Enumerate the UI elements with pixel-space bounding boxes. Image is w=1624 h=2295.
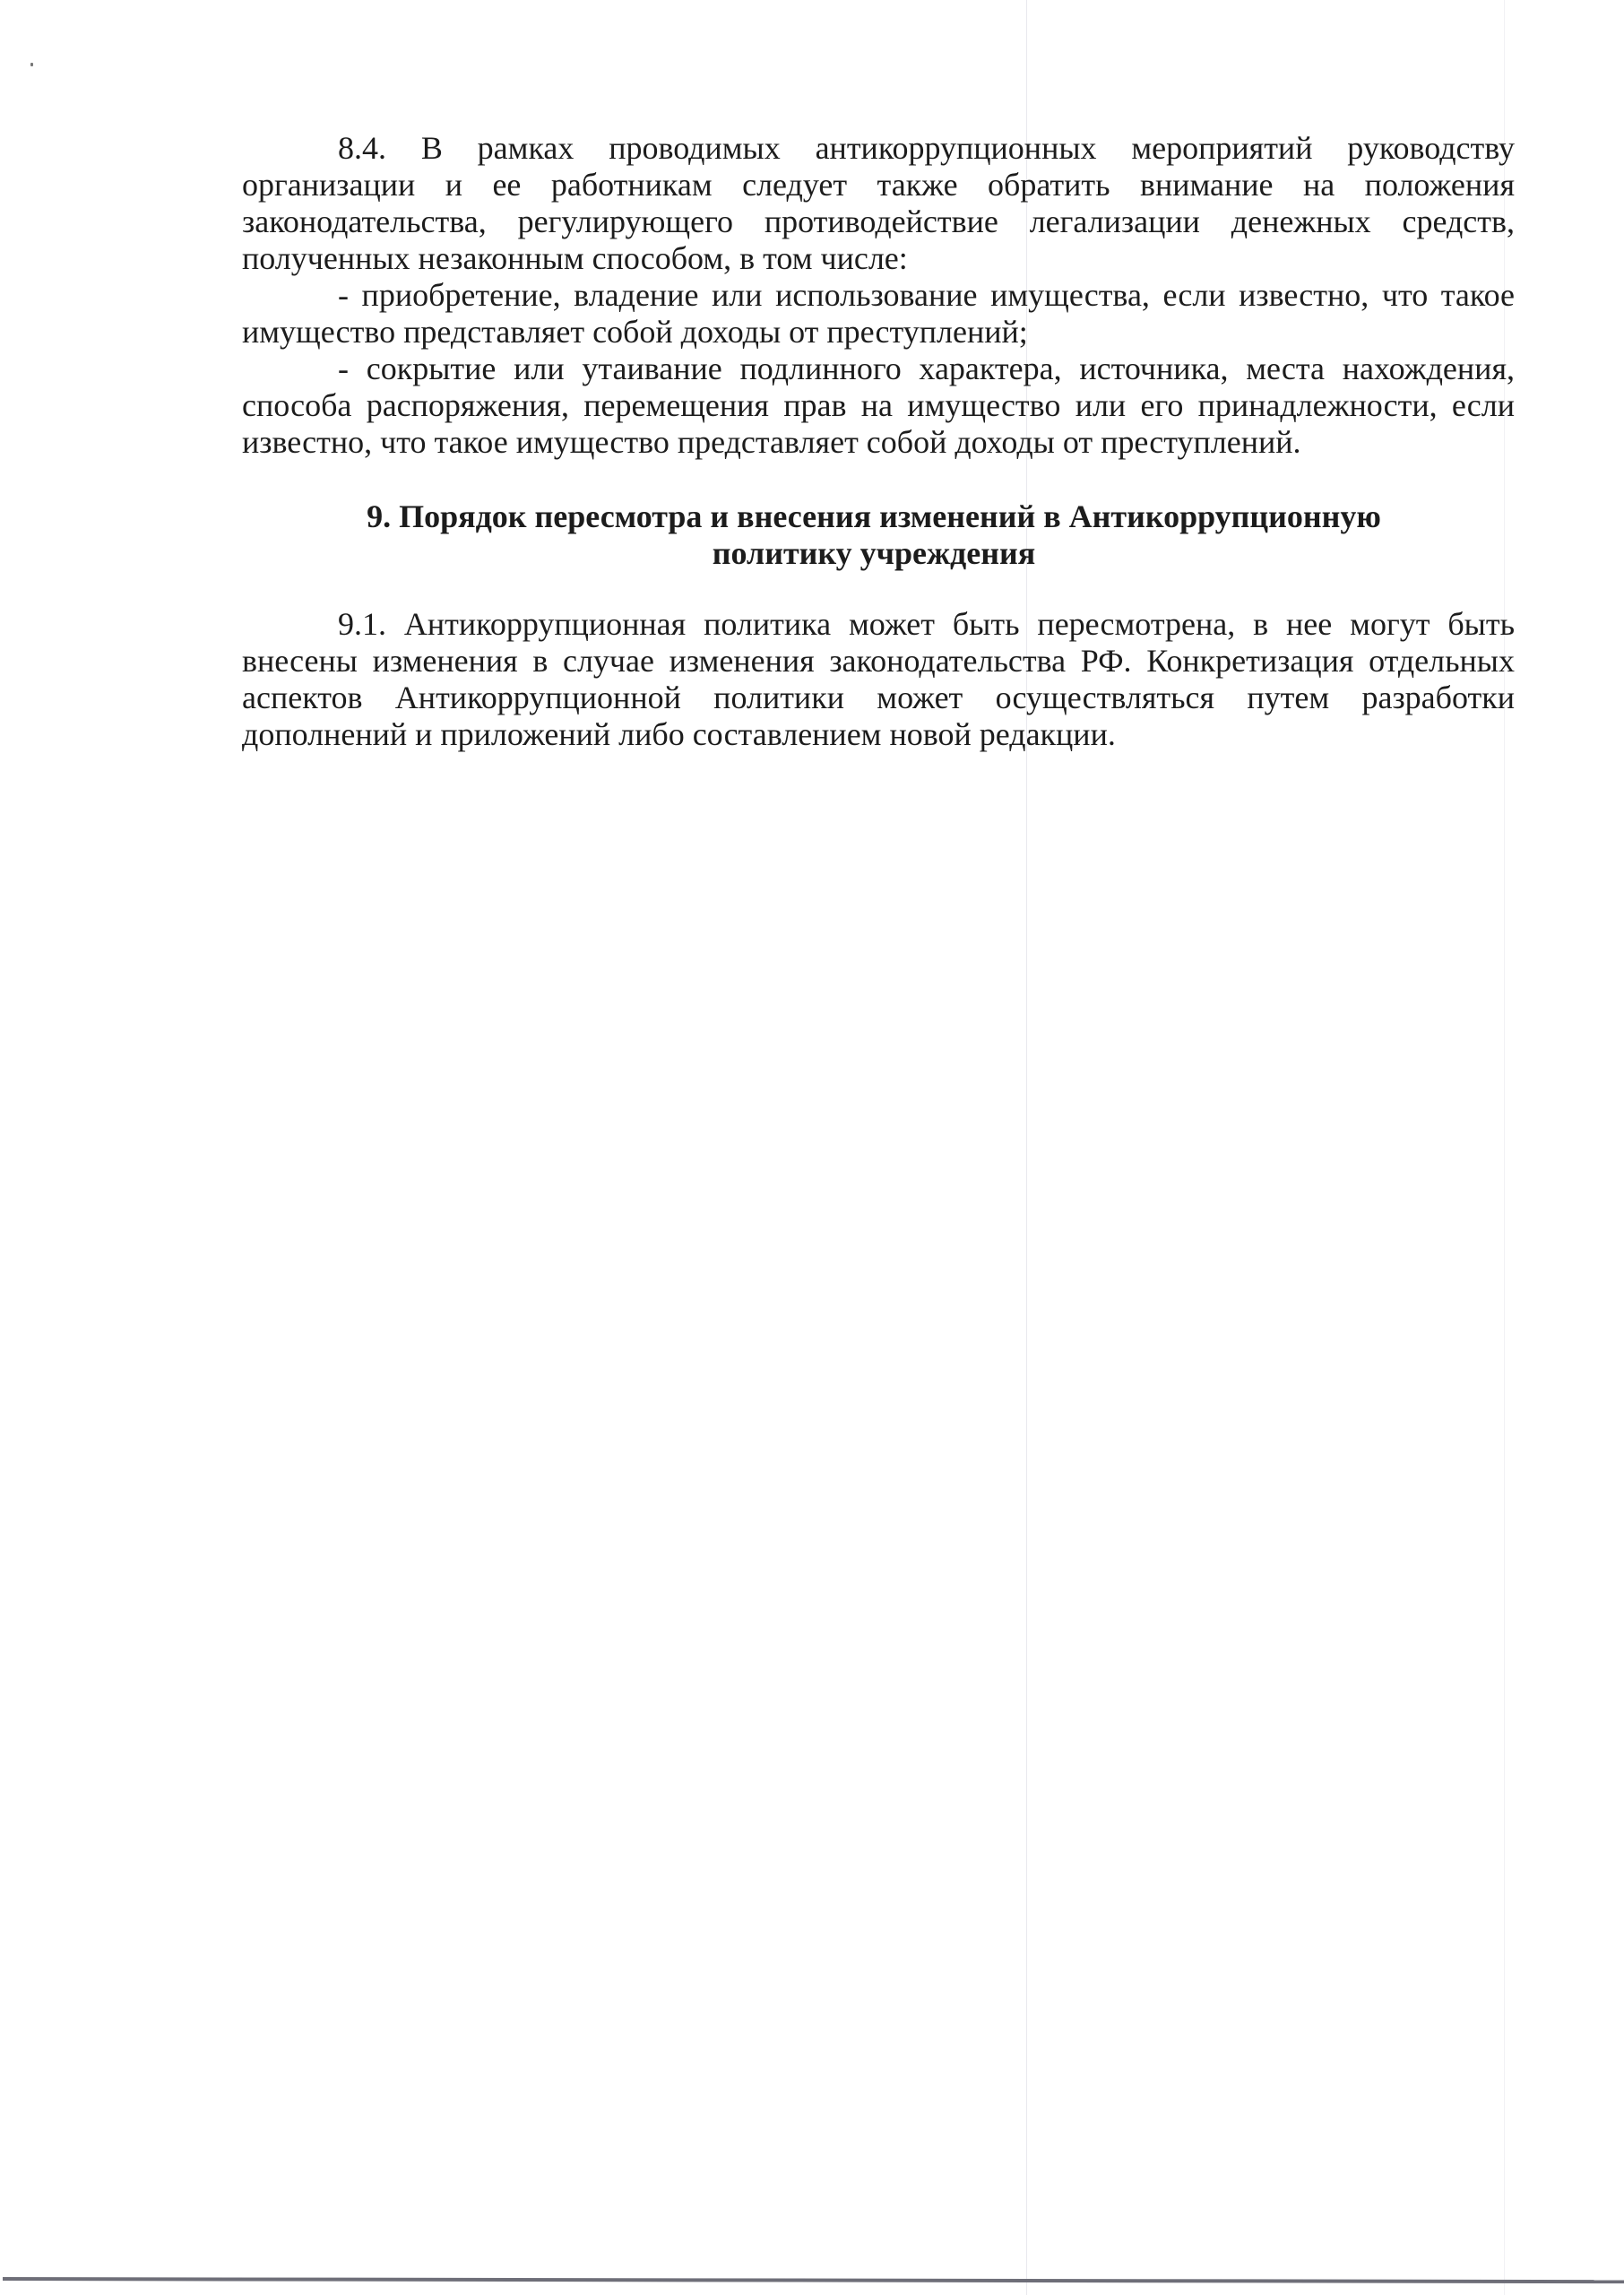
heading-line: 9. Порядок пересмотра и внесения изменен… <box>242 498 1515 535</box>
paragraph-9-1: 9.1. Антикоррупционная политика может бы… <box>242 606 1515 753</box>
document-body: 8.4. В рамках проводимых антикоррупционн… <box>242 130 1515 753</box>
paragraph-8-4: 8.4. В рамках проводимых антикоррупционн… <box>242 130 1515 277</box>
scan-speck <box>30 63 33 66</box>
list-item: - сокрытие или утаивание подлинного хара… <box>242 351 1515 461</box>
section-9-heading: 9. Порядок пересмотра и внесения изменен… <box>242 498 1515 572</box>
list-item: - приобретение, владение или использован… <box>242 277 1515 351</box>
heading-line: политику учреждения <box>242 535 1515 572</box>
bottom-border-line <box>3 2277 1624 2283</box>
